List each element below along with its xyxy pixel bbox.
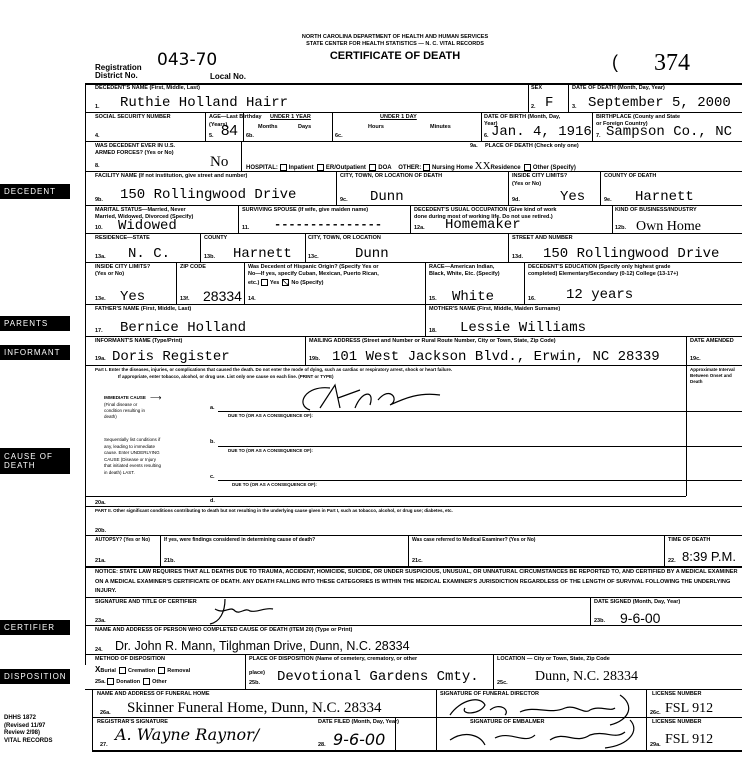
district-label: District No. — [95, 72, 138, 80]
er-outpatient-checkbox[interactable] — [317, 164, 324, 171]
other-specify-checkbox[interactable] — [524, 164, 531, 171]
date-signed-value[interactable]: 9-6-00 — [620, 611, 660, 625]
place-of-disposition-value[interactable]: Devotional Gardens Cmty. — [277, 670, 479, 684]
birthplace-label: BIRTHPLACE (County and State — [596, 114, 680, 120]
dob-value[interactable]: Jan. 4, 1916 — [491, 125, 592, 139]
sex-value[interactable]: F — [545, 96, 553, 110]
city-of-death-value[interactable]: Dunn — [370, 190, 404, 204]
place-of-death-label: PLACE OF DEATH (Check only one) — [485, 143, 579, 149]
hispanic-no-checkbox[interactable] — [282, 279, 289, 286]
certificate-number-prefix: ( — [612, 52, 618, 73]
funeral-home-value[interactable]: Skinner Funeral Home, Dunn, N.C. 28334 — [127, 701, 382, 715]
inside-city-value[interactable]: Yes — [560, 190, 585, 204]
section-label-decedent: DECEDENT — [0, 184, 70, 199]
informant-name-value[interactable]: Doris Register — [112, 350, 230, 364]
arrow-icon: ⟶ — [150, 395, 161, 401]
city-of-death-label: CITY, TOWN, OR LOCATION OF DEATH — [340, 173, 442, 179]
facility-label: FACILITY NAME (If not institution, give … — [95, 173, 247, 179]
cremation-checkbox[interactable] — [119, 667, 126, 674]
district-number: 043-70 — [157, 50, 217, 70]
informant-address-value[interactable]: 101 West Jackson Blvd., Erwin, NC 28339 — [332, 350, 660, 364]
nursing-home-checkbox[interactable] — [423, 164, 430, 171]
page-title: CERTIFICATE OF DEATH — [240, 50, 550, 62]
armed-forces-label: WAS DECEDENT EVER IN U.S. — [95, 143, 175, 149]
mother-name-value[interactable]: Lessie Williams — [460, 321, 586, 335]
zip-code-value[interactable]: 28334 — [203, 289, 242, 303]
marital-status-value[interactable]: Widowed — [118, 219, 177, 233]
sex-label: SEX — [531, 85, 542, 91]
section-label-parents: PARENTS — [0, 316, 70, 331]
race-value[interactable]: White — [452, 290, 494, 304]
agency-header: NORTH CAROLINA DEPARTMENT OF HEALTH AND … — [240, 34, 550, 48]
occupation-value[interactable]: Homemaker — [445, 218, 521, 232]
education-value[interactable]: 12 years — [566, 288, 633, 302]
certifier-signature-cause — [290, 380, 450, 415]
age-value[interactable]: 84 — [221, 124, 238, 138]
registrar-signature: A. Wayne Raynor/ — [115, 725, 259, 744]
date-of-death-label: DATE OF DEATH (Month, Day, Year) — [572, 85, 665, 91]
residence-checkbox[interactable]: XX — [475, 160, 491, 172]
completed-by-value[interactable]: Dr. John R. Mann, Tilghman Drive, Dunn, … — [115, 639, 410, 653]
agency-line-2: STATE CENTER FOR HEALTH STATISTICS — N. … — [240, 41, 550, 48]
street-value[interactable]: 150 Rollingwood Drive — [543, 247, 719, 261]
certificate-number: 374 — [654, 50, 690, 77]
section-label-informant: INFORMANT — [0, 345, 70, 360]
date-of-death-value[interactable]: September 5, 2000 — [588, 96, 731, 110]
place-of-death-options: HOSPITAL: Inpatient ER/Outpatient DOA OT… — [246, 163, 576, 171]
father-name-value[interactable]: Bernice Holland — [120, 321, 246, 335]
surviving-spouse-value[interactable]: --------------- — [274, 218, 382, 232]
dob-label: DATE OF BIRTH (Month, Day, — [484, 114, 560, 120]
armed-forces-value[interactable]: No — [210, 155, 228, 169]
age-label: AGE—Last Birthday — [209, 114, 262, 120]
time-of-death-value[interactable]: 8:39 P.M. — [682, 550, 736, 564]
residence-county-value[interactable]: Harnett — [233, 247, 292, 261]
form-id: DHHS 1872 (Revised 11/97 Review 2/98) VI… — [4, 715, 52, 745]
funeral-license-value[interactable]: FSL 912 — [665, 702, 713, 716]
hispanic-yes-checkbox[interactable] — [261, 279, 268, 286]
residence-state-value[interactable]: N. C. — [128, 247, 170, 261]
other-disposition-checkbox[interactable] — [143, 678, 150, 685]
county-of-death-value[interactable]: Harnett — [635, 190, 694, 204]
decedent-name-label: DECEDENT'S NAME (First, Middle, Last) — [95, 85, 200, 91]
section-label-certifier: CERTIFIER — [0, 620, 70, 635]
decedent-name-value[interactable]: Ruthie Holland Hairr — [120, 96, 288, 110]
local-number-label: Local No. — [210, 74, 246, 80]
section-label-cause-of-death: CAUSE OF DEATH — [0, 448, 70, 474]
section-label-disposition: DISPOSITION — [0, 669, 70, 684]
certifier-signature — [195, 597, 275, 625]
ssn-label: SOCIAL SECURITY NUMBER — [95, 114, 171, 120]
inpatient-checkbox[interactable] — [280, 164, 287, 171]
removal-checkbox[interactable] — [158, 667, 165, 674]
residence-inside-city-value[interactable]: Yes — [120, 290, 145, 304]
disposition-location-value[interactable]: Dunn, N.C. 28334 — [535, 670, 638, 684]
facility-value[interactable]: 150 Rollingwood Drive — [120, 188, 296, 202]
medical-examiner-notice: NOTICE: STATE LAW REQUIRES THAT ALL DEAT… — [95, 568, 743, 597]
date-filed-value[interactable]: 9-6-00 — [333, 730, 385, 749]
doa-checkbox[interactable] — [369, 164, 376, 171]
embalmer-license-value[interactable]: FSL 912 — [665, 733, 713, 747]
donation-checkbox[interactable] — [107, 678, 114, 685]
birthplace-value[interactable]: Sampson Co., NC — [606, 125, 732, 139]
residence-city-value[interactable]: Dunn — [355, 247, 389, 261]
agency-line-1: NORTH CAROLINA DEPARTMENT OF HEALTH AND … — [240, 34, 550, 41]
business-value[interactable]: Own Home — [636, 220, 701, 234]
